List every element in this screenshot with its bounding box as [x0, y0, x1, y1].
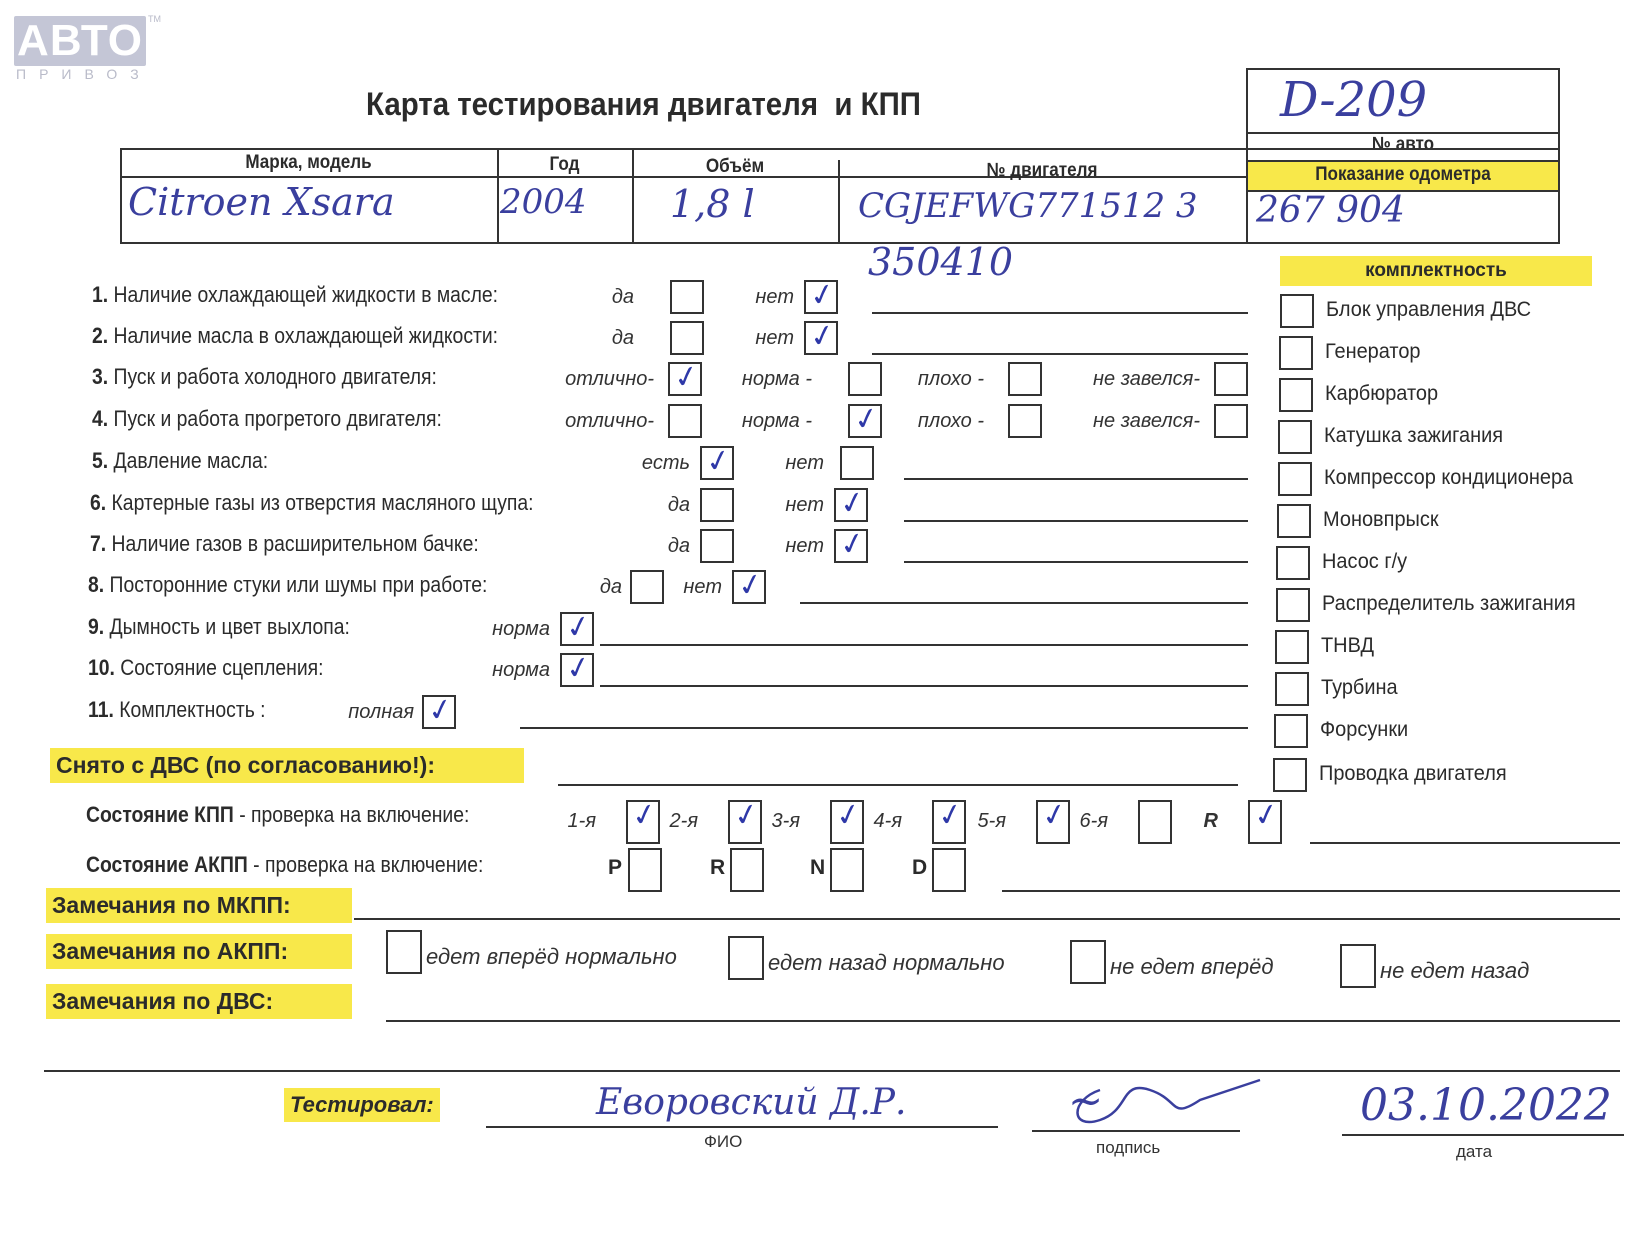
option-label: плохо - — [866, 410, 984, 433]
auto-remark-label: не едет назад — [1380, 958, 1529, 984]
option-label: отлично- — [536, 368, 654, 391]
akpp-R-checkbox[interactable] — [730, 848, 764, 892]
completeness-item-label: Турбина — [1321, 676, 1398, 700]
option-label: отлично- — [536, 410, 654, 433]
question-7: 7. Наличие газов в расширительном бачке: — [90, 531, 479, 557]
option-label: да — [516, 327, 634, 350]
completeness-item-checkbox[interactable] — [1276, 588, 1310, 622]
gear-label: R — [1168, 810, 1218, 833]
question-9-option-1[interactable] — [560, 612, 594, 646]
question-9: 9. Дымность и цвет выхлопа: — [88, 614, 350, 640]
completeness-item-checkbox[interactable] — [1275, 672, 1309, 706]
akpp-P-checkbox[interactable] — [628, 848, 662, 892]
question-3: 3. Пуск и работа холодного двигателя: — [92, 364, 437, 390]
auto-remark-label: не едет вперёд — [1110, 954, 1274, 980]
completeness-item-checkbox[interactable] — [1278, 462, 1312, 496]
signature-scribble — [1060, 1070, 1280, 1130]
gear-label: 6-я — [1058, 810, 1108, 833]
akpp-label: R — [710, 856, 725, 880]
option-label: нет — [676, 286, 794, 309]
tester-name[interactable]: Еворовский Д.Р. — [596, 1082, 906, 1123]
gear-R-checkbox[interactable] — [1248, 800, 1282, 844]
question-6-option-2[interactable] — [834, 488, 868, 522]
remarks-engine-label: Замечания по ДВС: — [46, 984, 352, 1019]
logo-brand: АВТО — [14, 16, 146, 66]
auto-remark-label: едет вперёд нормально — [426, 944, 677, 970]
remark-line[interactable] — [520, 727, 1248, 729]
completeness-item-checkbox[interactable] — [1274, 714, 1308, 748]
col-engine-number: № двигателя — [858, 160, 1225, 182]
gear-label: 1-я — [546, 810, 596, 833]
auto-remark-checkbox[interactable] — [386, 930, 422, 974]
option-label: есть — [572, 452, 690, 475]
question-5-option-2[interactable] — [840, 446, 874, 480]
gear-label: 5-я — [956, 810, 1006, 833]
completeness-item-checkbox[interactable] — [1275, 630, 1309, 664]
name-caption: ФИО — [704, 1132, 742, 1152]
remark-line[interactable] — [904, 561, 1248, 563]
option-label: не завелся- — [1082, 410, 1200, 433]
option-label: да — [516, 286, 634, 309]
option-label: норма - — [694, 368, 812, 391]
engine-number-line2[interactable]: 350410 — [868, 240, 1013, 284]
option-label: нет — [706, 452, 824, 475]
remark-line[interactable] — [872, 353, 1248, 355]
page-title: Карта тестирования двигателя и КПП — [366, 86, 921, 123]
option-label: полная — [296, 701, 414, 724]
auto-gearbox-label: Состояние АКПП - проверка на включение: — [86, 852, 483, 878]
auto-remark-checkbox[interactable] — [1070, 940, 1106, 984]
car-number-value[interactable]: D-209 — [1280, 72, 1427, 128]
remark-line[interactable] — [872, 312, 1248, 314]
completeness-item-checkbox[interactable] — [1278, 420, 1312, 454]
completeness-item-label: Проводка двигателя — [1319, 762, 1507, 786]
question-4: 4. Пуск и работа прогретого двигателя: — [92, 406, 442, 432]
remark-line[interactable] — [904, 520, 1248, 522]
completeness-title: комплектность — [1280, 260, 1592, 282]
separator — [44, 1070, 1620, 1072]
option-label: нет — [604, 576, 722, 599]
completeness-item-label: Генератор — [1325, 340, 1421, 364]
completeness-item-checkbox[interactable] — [1279, 336, 1313, 370]
question-2-option-2[interactable] — [804, 321, 838, 355]
option-label: нет — [706, 494, 824, 517]
auto-remark-checkbox[interactable] — [728, 936, 764, 980]
question-5: 5. Давление масла: — [92, 448, 268, 474]
question-8-option-2[interactable] — [732, 570, 766, 604]
completeness-item-label: Распределитель зажигания — [1322, 592, 1576, 616]
akpp-N-checkbox[interactable] — [830, 848, 864, 892]
completeness-item-checkbox[interactable] — [1277, 504, 1311, 538]
col-year: Год — [504, 154, 626, 176]
auto-remark-checkbox[interactable] — [1340, 944, 1376, 988]
option-label: норма - — [694, 410, 812, 433]
question-4-option-4[interactable] — [1214, 404, 1248, 438]
question-4-option-3[interactable] — [1008, 404, 1042, 438]
engine-number-value[interactable]: CGJEFWG771512 3 — [858, 186, 1198, 226]
remark-line[interactable] — [600, 685, 1248, 687]
removed-from-engine-label: Снято с ДВС (по согласованию!): — [50, 748, 524, 783]
question-3-option-4[interactable] — [1214, 362, 1248, 396]
completeness-item-label: Форсунки — [1320, 718, 1408, 742]
question-7-option-2[interactable] — [834, 529, 868, 563]
completeness-item-label: Катушка зажигания — [1324, 424, 1503, 448]
question-10: 10. Состояние сцепления: — [88, 655, 324, 681]
signature-caption: подпись — [1096, 1138, 1160, 1158]
completeness-item-label: ТНВД — [1321, 634, 1374, 658]
option-label: норма — [432, 618, 550, 641]
col-make-model: Марка, модель — [139, 152, 478, 174]
year-value[interactable]: 2004 — [500, 182, 587, 222]
completeness-item-label: Насос г/у — [1322, 550, 1407, 574]
question-3-option-3[interactable] — [1008, 362, 1042, 396]
completeness-item-checkbox[interactable] — [1280, 294, 1314, 328]
make-model-value[interactable]: Citroen Xsara — [128, 180, 395, 224]
remarks-manual-label: Замечания по МКПП: — [46, 888, 352, 923]
date-value[interactable]: 03.10.2022 — [1360, 1080, 1612, 1131]
question-2: 2. Наличие масла в охлаждающей жидкости: — [92, 323, 498, 349]
odometer-value[interactable]: 267 904 — [1256, 190, 1405, 231]
option-label: нет — [676, 327, 794, 350]
option-label: норма — [432, 659, 550, 682]
akpp-label: P — [608, 856, 622, 880]
remark-line[interactable] — [600, 644, 1248, 646]
akpp-label: N — [810, 856, 825, 880]
col-volume: Объём — [642, 156, 827, 178]
completeness-item-checkbox[interactable] — [1273, 758, 1307, 792]
manual-gearbox-label: Состояние КПП - проверка на включение: — [86, 802, 469, 828]
remark-line[interactable] — [800, 602, 1248, 604]
completeness-item-checkbox[interactable] — [1276, 546, 1310, 580]
date-caption: дата — [1456, 1142, 1492, 1162]
col-odometer: Показание одометра — [1262, 164, 1545, 186]
gear-6-я-checkbox[interactable] — [1138, 800, 1172, 844]
question-1-option-2[interactable] — [804, 280, 838, 314]
completeness-item-label: Моновпрыск — [1323, 508, 1439, 532]
completeness-item-label: Блок управления ДВС — [1326, 298, 1531, 322]
completeness-item-checkbox[interactable] — [1279, 378, 1313, 412]
option-label: да — [572, 494, 690, 517]
auto-remark-label: едет назад нормально — [768, 950, 1005, 976]
logo-tm: TM — [148, 14, 161, 24]
tested-by-label: Тестировал: — [284, 1088, 440, 1122]
gear-label: 4-я — [852, 810, 902, 833]
volume-value[interactable]: 1,8 l — [670, 182, 755, 226]
question-6: 6. Картерные газы из отверстия масляного… — [90, 490, 534, 516]
remark-line[interactable] — [904, 478, 1248, 480]
question-1: 1. Наличие охлаждающей жидкости в масле: — [92, 282, 498, 308]
akpp-label: D — [912, 856, 927, 880]
akpp-D-checkbox[interactable] — [932, 848, 966, 892]
completeness-item-label: Карбюратор — [1325, 382, 1438, 406]
option-label: плохо - — [866, 368, 984, 391]
remarks-auto-label: Замечания по АКПП: — [46, 934, 352, 969]
question-8: 8. Посторонние стуки или шумы при работе… — [88, 572, 487, 598]
gear-label: 3-я — [750, 810, 800, 833]
logo: АВТО — [14, 16, 146, 66]
gear-label: 2-я — [648, 810, 698, 833]
option-label: нет — [706, 535, 824, 558]
question-11: 11. Комплектность : — [88, 697, 266, 723]
completeness-item-label: Компрессор кондиционера — [1324, 466, 1573, 490]
option-label: да — [572, 535, 690, 558]
question-10-option-1[interactable] — [560, 653, 594, 687]
logo-subtitle: ПРИВОЗ — [16, 66, 152, 82]
option-label: не завелся- — [1082, 368, 1200, 391]
question-11-option-1[interactable] — [422, 695, 456, 729]
